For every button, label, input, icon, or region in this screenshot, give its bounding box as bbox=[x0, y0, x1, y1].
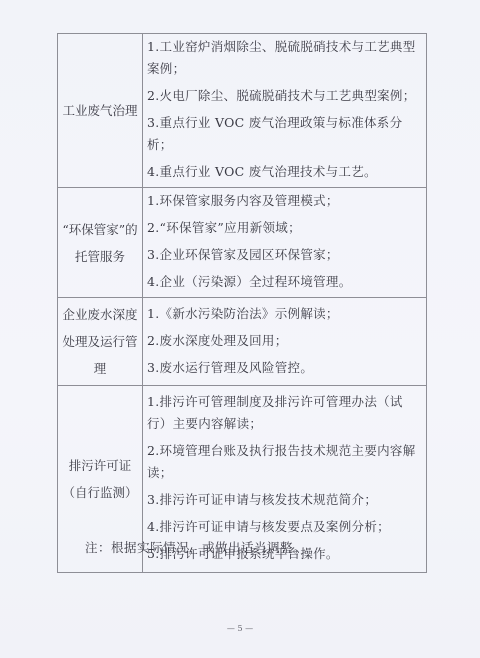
page-number: — 5 — bbox=[0, 624, 480, 633]
list-item: 2.火电厂除尘、脱硫脱硝技术与工艺典型案例； bbox=[147, 85, 422, 112]
list-item: 4.企业（污染源）全过程环境管理。 bbox=[147, 271, 422, 295]
table-row: “环保管家”的托管服务 1.环保管家服务内容及管理模式； 2.“环保管家”应用新… bbox=[58, 188, 427, 298]
list-item: 1.环保管家服务内容及管理模式； bbox=[147, 190, 422, 217]
list-item: 3.废水运行管理及风险管控。 bbox=[147, 357, 422, 381]
list-item: 1.《新水污染防治法》示例解读； bbox=[147, 303, 422, 330]
items-cell: 1.工业窑炉消烟除尘、脱硫脱硝技术与工艺典型案例； 2.火电厂除尘、脱硫脱硝技术… bbox=[143, 34, 427, 188]
list-item: 1.工业窑炉消烟除尘、脱硫脱硝技术与工艺典型案例； bbox=[147, 36, 422, 85]
topic-cell: 工业废气治理 bbox=[58, 34, 143, 188]
list-item: 4.重点行业 VOC 废气治理技术与工艺。 bbox=[147, 161, 422, 185]
list-item: 3.企业环保管家及园区环保管家； bbox=[147, 244, 422, 271]
course-content-table: 工业废气治理 1.工业窑炉消烟除尘、脱硫脱硝技术与工艺典型案例； 2.火电厂除尘… bbox=[57, 33, 427, 573]
topic-cell: 企业废水深度处理及运行管理 bbox=[58, 298, 143, 386]
document-page: 工业废气治理 1.工业窑炉消烟除尘、脱硫脱硝技术与工艺典型案例； 2.火电厂除尘… bbox=[0, 0, 480, 658]
list-item: 1.排污许可管理制度及排污许可管理办法（试行）主要内容解读； bbox=[147, 391, 422, 440]
table-row: 企业废水深度处理及运行管理 1.《新水污染防治法》示例解读； 2.废水深度处理及… bbox=[58, 298, 427, 386]
items-cell: 1.环保管家服务内容及管理模式； 2.“环保管家”应用新领域； 3.企业环保管家… bbox=[143, 188, 427, 298]
table-row: 工业废气治理 1.工业窑炉消烟除尘、脱硫脱硝技术与工艺典型案例； 2.火电厂除尘… bbox=[58, 34, 427, 188]
topic-cell: “环保管家”的托管服务 bbox=[58, 188, 143, 298]
list-item: 2.环境管理台账及执行报告技术规范主要内容解读； bbox=[147, 440, 422, 489]
list-item: 2.废水深度处理及回用； bbox=[147, 330, 422, 357]
list-item: 3.重点行业 VOC 废气治理政策与标准体系分析； bbox=[147, 112, 422, 161]
items-cell: 1.《新水污染防治法》示例解读； 2.废水深度处理及回用； 3.废水运行管理及风… bbox=[143, 298, 427, 386]
list-item: 2.“环保管家”应用新领域； bbox=[147, 217, 422, 244]
list-item: 3.排污许可证申请与核发技术规范简介； bbox=[147, 489, 422, 516]
footnote: 注：根据实际情况，或做出适当调整。 bbox=[85, 538, 306, 556]
